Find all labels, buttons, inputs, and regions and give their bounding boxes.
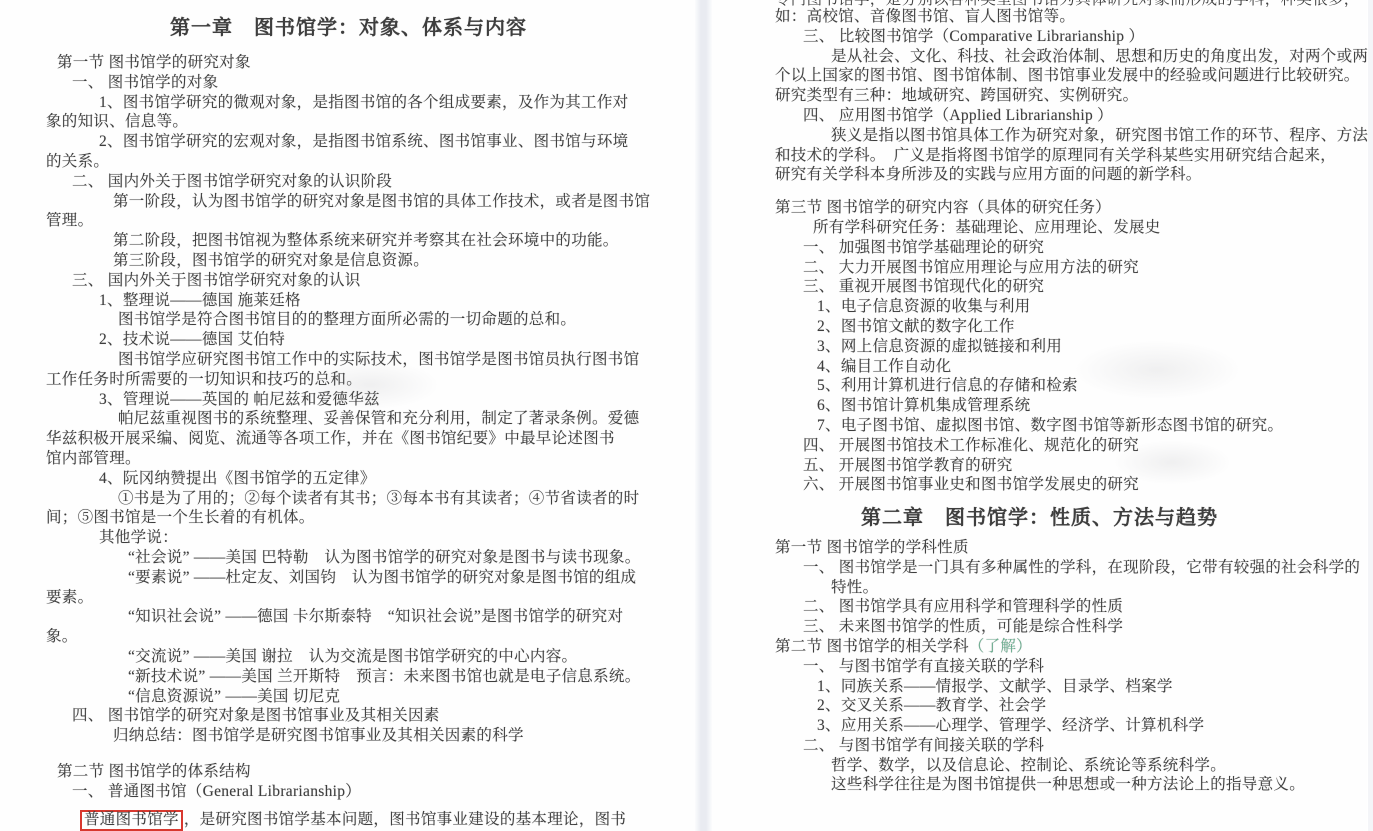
text-segment: 归纳总结：图书馆学是研究图书馆事业及其相关因素的科学 bbox=[113, 727, 524, 744]
text-segment: 二、 与图书馆学有间接关联的学科 bbox=[803, 737, 1044, 754]
clipped-top-line: 专门图书馆学，是分别以各种类型图书馆为具体研究对象而形成的学科，种类很多， bbox=[712, 0, 1367, 7]
red-box-highlighted-term: 普通图书馆学 bbox=[80, 810, 183, 831]
section-heading: 第一节 图书馆学的学科性质 bbox=[712, 538, 1367, 558]
text-segment: 馆内部管理。 bbox=[46, 450, 141, 467]
text-line: 第三阶段，图书馆学的研究对象是信息资源。 bbox=[0, 251, 697, 271]
text-line: 2、图书馆学研究的宏观对象，是指图书馆系统、图书馆事业、图书馆与环境 bbox=[0, 132, 697, 152]
text-segment: “知识社会说” ——德国 卡尔斯泰特 “知识社会说”是图书馆学的研究对 bbox=[128, 608, 623, 625]
text-line: 一、 普通图书馆（General Librarianship） bbox=[0, 782, 697, 802]
text-line: 象。 bbox=[0, 627, 697, 647]
text-line: 4、编目工作自动化 bbox=[712, 357, 1367, 377]
text-line: 1、图书馆学研究的微观对象，是指图书馆的各个组成要素，及作为其工作对 bbox=[0, 93, 697, 113]
section-heading: 第二节 图书馆学的体系结构 bbox=[0, 762, 697, 782]
text-line: 2、技术说——德国 艾伯特 bbox=[0, 330, 697, 350]
text-segment: 图书馆学是符合图书馆目的的整理方面所必需的一切命题的总和。 bbox=[118, 311, 576, 328]
text-line: 这些科学往往是为图书馆提供一种思想或一种方法论上的指导意义。 bbox=[712, 775, 1367, 795]
chapter-heading: 第二章 图书馆学：性质、方法与趋势 bbox=[712, 495, 1367, 538]
scanned-document-spread: { "document": { "colors": { "text": "#3e… bbox=[0, 0, 1373, 831]
text-segment: 的关系。 bbox=[46, 153, 109, 170]
text-segment: 一、 与图书馆学有直接关联的学科 bbox=[803, 658, 1044, 675]
text-line: 和技术的学科。 广义是指将图书馆学的原理同有关学科某些实用研究结合起来， bbox=[712, 146, 1367, 166]
page-left-body: 第一节 图书馆学的研究对象一、 图书馆学的对象1、图书馆学研究的微观对象，是指图… bbox=[0, 53, 697, 830]
text-line: 三、 国内外关于图书馆学研究对象的认识 bbox=[0, 271, 697, 291]
text-line: ①书是为了用的；②每个读者有其书；③每本书有其读者；④节省读者的时 bbox=[0, 489, 697, 509]
text-line: 1、同族关系——情报学、文献学、目录学、档案学 bbox=[712, 677, 1367, 697]
text-segment: 四、 开展图书馆技术工作标准化、规范化的研究 bbox=[803, 437, 1139, 454]
text-segment: 3、管理说——英国的 帕尼兹和爱德华兹 bbox=[99, 391, 380, 408]
page-right: 专门图书馆学，是分别以各种类型图书馆为具体研究对象而形成的学科，种类很多， 如：… bbox=[712, 0, 1367, 831]
text-segment: 第二章 图书馆学：性质、方法与趋势 bbox=[861, 507, 1218, 529]
text-segment: 3、网上信息资源的虚拟链接和利用 bbox=[817, 338, 1062, 355]
text-line: 3、应用关系——心理学、管理学、经济学、计算机科学 bbox=[712, 716, 1367, 736]
text-line: 图书馆学是符合图书馆目的的整理方面所必需的一切命题的总和。 bbox=[0, 310, 697, 330]
text-segment: 3、应用关系——心理学、管理学、经济学、计算机科学 bbox=[817, 717, 1204, 734]
text-segment: 三、 比较图书馆学（Comparative Librarianship ） bbox=[803, 28, 1144, 45]
text-line: 其他学说： bbox=[0, 528, 697, 548]
text-segment: 三、 未来图书馆学的性质，可能是综合性科学 bbox=[803, 618, 1123, 635]
text-line: 华兹积极开展采编、阅览、流通等各项工作，并在《图书馆纪要》中最早论述图书 bbox=[0, 429, 697, 449]
text-segment: “新技术说” ——美国 兰开斯特 预言：未来图书馆也就是电子信息系统。 bbox=[128, 668, 641, 685]
text-line: 2、交叉关系——教育学、社会学 bbox=[712, 696, 1367, 716]
text-segment: 哲学、数学，以及信息论、控制论、系统论等系统科学。 bbox=[831, 757, 1226, 774]
text-line: “知识社会说” ——德国 卡尔斯泰特 “知识社会说”是图书馆学的研究对 bbox=[0, 607, 697, 627]
text-segment: 和技术的学科。 广义是指将图书馆学的原理同有关学科某些实用研究结合起来， bbox=[775, 147, 1336, 164]
text-segment: 管理。 bbox=[46, 212, 93, 229]
page-gutter-divider bbox=[695, 0, 712, 831]
text-line: 个以上国家的图书馆、图书馆体制、图书馆事业发展中的经验或问题进行比较研究。 bbox=[712, 66, 1367, 86]
text-segment: 第三阶段，图书馆学的研究对象是信息资源。 bbox=[113, 252, 429, 269]
text-line: 二、 大力开展图书馆应用理论与应用方法的研究 bbox=[712, 258, 1367, 278]
text-line: 7、电子图书馆、虚拟图书馆、数字图书馆等新形态图书馆的研究。 bbox=[712, 416, 1367, 436]
text-line: 一、 加强图书馆学基础理论的研究 bbox=[712, 238, 1367, 258]
chapter-1-title: 第一章 图书馆学：对象、体系与内容 bbox=[0, 0, 697, 53]
text-segment: 一、 加强图书馆学基础理论的研究 bbox=[803, 239, 1044, 256]
text-segment: 2、技术说——德国 艾伯特 bbox=[99, 331, 285, 348]
text-line: 研究有关学科本身所涉及的实践与应用方面的问题的新学科。 bbox=[712, 165, 1367, 185]
text-line: 4、阮冈纳赞提出《图书馆学的五定律》 bbox=[0, 469, 697, 489]
text-segment: 二、 图书馆学具有应用科学和管理科学的性质 bbox=[803, 598, 1123, 615]
text-segment: 特性。 bbox=[831, 579, 878, 596]
text-line: “新技术说” ——美国 兰开斯特 预言：未来图书馆也就是电子信息系统。 bbox=[0, 667, 697, 687]
text-segment: 狭义是指以图书馆具体工作为研究对象，研究图书馆工作的环节、程序、方法 bbox=[831, 127, 1368, 144]
text-line: 1、电子信息资源的收集与利用 bbox=[712, 297, 1367, 317]
text-segment: 五、 开展图书馆学教育的研究 bbox=[803, 457, 1013, 474]
text-line: “信息资源说” ——美国 切尼克 bbox=[0, 687, 697, 707]
text-line: 三、 未来图书馆学的性质，可能是综合性科学 bbox=[712, 617, 1367, 637]
text-segment: 2、交叉关系——教育学、社会学 bbox=[817, 697, 1046, 714]
text-line: 六、 开展图书馆事业史和图书馆学发展史的研究 bbox=[712, 475, 1367, 495]
text-segment: 2、图书馆文献的数字化工作 bbox=[817, 318, 1015, 335]
text-segment: 4、阮冈纳赞提出《图书馆学的五定律》 bbox=[99, 470, 376, 487]
text-line: 1、整理说——德国 施莱廷格 bbox=[0, 291, 697, 311]
text-line: 帕尼兹重视图书的系统整理、妥善保管和充分利用，制定了著录条例。爱德 bbox=[0, 409, 697, 429]
text-line: 研究类型有三种：地域研究、跨国研究、实例研究。 bbox=[712, 86, 1367, 106]
text-segment: 间；⑤图书馆是一个生长着的有机体。 bbox=[46, 509, 315, 526]
text-segment: “交流说” ——美国 谢拉 认为交流是图书馆学研究的中心内容。 bbox=[128, 648, 577, 665]
text-line: 间；⑤图书馆是一个生长着的有机体。 bbox=[0, 508, 697, 528]
text-line: 普通图书馆学，是研究图书馆学基本问题，图书馆事业建设的基本理论，图书 bbox=[0, 810, 697, 830]
section-heading: 第二节 图书馆学的相关学科（了解） bbox=[712, 637, 1367, 657]
text-line: 三、 比较图书馆学（Comparative Librarianship ） bbox=[712, 27, 1367, 47]
section-heading: 第一节 图书馆学的研究对象 bbox=[0, 53, 697, 73]
text-segment: 象。 bbox=[46, 628, 78, 645]
text-segment: ①书是为了用的；②每个读者有其书；③每本书有其读者；④节省读者的时 bbox=[118, 490, 639, 507]
text-line: 是从社会、文化、科技、社会政治体制、思想和历史的角度出发，对两个或两 bbox=[712, 47, 1367, 67]
text-line: “要素说” ——杜定友、刘国钧 认为图书馆学的研究对象是图书馆的组成 bbox=[0, 568, 697, 588]
text-line: 第二阶段，把图书馆视为整体系统来研究并考察其在社会环境中的功能。 bbox=[0, 231, 697, 251]
page-left: 第一章 图书馆学：对象、体系与内容 第一节 图书馆学的研究对象一、 图书馆学的对… bbox=[0, 0, 697, 831]
text-segment: 二、 大力开展图书馆应用理论与应用方法的研究 bbox=[803, 259, 1139, 276]
text-line: 管理。 bbox=[0, 211, 697, 231]
text-segment: 华兹积极开展采编、阅览、流通等各项工作，并在《图书馆纪要》中最早论述图书 bbox=[46, 430, 615, 447]
page-right-body: 如：高校馆、音像图书馆、盲人图书馆等。三、 比较图书馆学（Comparative… bbox=[712, 7, 1367, 795]
text-line: 第一阶段，认为图书馆学的研究对象是图书馆的具体工作技术，或者是图书馆 bbox=[0, 192, 697, 212]
text-line: 如：高校馆、音像图书馆、盲人图书馆等。 bbox=[712, 7, 1367, 27]
text-line: 3、网上信息资源的虚拟链接和利用 bbox=[712, 337, 1367, 357]
text-segment: 第二节 图书馆学的相关学科 bbox=[775, 638, 969, 655]
text-segment: 5、利用计算机进行信息的存储和检索 bbox=[817, 377, 1078, 394]
text-segment: 第一节 图书馆学的学科性质 bbox=[775, 539, 969, 556]
text-line: 象的知识、信息等。 bbox=[0, 112, 697, 132]
text-segment: 四、 图书馆学的研究对象是图书馆事业及其相关因素 bbox=[72, 707, 440, 724]
text-segment: 四、 应用图书馆学（Applied Librarianship ） bbox=[803, 107, 1113, 124]
text-line: 要素。 bbox=[0, 588, 697, 608]
text-segment: 是从社会、文化、科技、社会政治体制、思想和历史的角度出发，对两个或两 bbox=[831, 48, 1368, 65]
text-line: 3、管理说——英国的 帕尼兹和爱德华兹 bbox=[0, 390, 697, 410]
text-line: 二、 国内外关于图书馆学研究对象的认识阶段 bbox=[0, 172, 697, 192]
text-line: “交流说” ——美国 谢拉 认为交流是图书馆学研究的中心内容。 bbox=[0, 647, 697, 667]
text-segment: 帕尼兹重视图书的系统整理、妥善保管和充分利用，制定了著录条例。爱德 bbox=[118, 410, 639, 427]
text-segment: 第二阶段，把图书馆视为整体系统来研究并考察其在社会环境中的功能。 bbox=[113, 232, 619, 249]
text-segment: 第二节 图书馆学的体系结构 bbox=[57, 763, 251, 780]
text-segment: 一、 图书馆学是一门具有多种属性的学科，在现阶段，它带有较强的社会科学的 bbox=[803, 559, 1360, 576]
text-segment: “信息资源说” ——美国 切尼克 bbox=[128, 688, 340, 705]
text-segment: 第三节 图书馆学的研究内容（具体的研究任务） bbox=[775, 199, 1111, 216]
text-segment: 如：高校馆、音像图书馆、盲人图书馆等。 bbox=[775, 8, 1075, 25]
text-segment: 六、 开展图书馆事业史和图书馆学发展史的研究 bbox=[803, 476, 1139, 493]
text-segment: 6、图书馆计算机集成管理系统 bbox=[817, 397, 1030, 414]
text-segment: ，是研究图书馆学基本问题，图书馆事业建设的基本理论，图书 bbox=[184, 811, 626, 828]
text-segment: 研究有关学科本身所涉及的实践与应用方面的问题的新学科。 bbox=[775, 166, 1202, 183]
text-line: 的关系。 bbox=[0, 152, 697, 172]
text-line: 四、 应用图书馆学（Applied Librarianship ） bbox=[712, 106, 1367, 126]
text-line: 馆内部管理。 bbox=[0, 449, 697, 469]
green-annotation: （了解） bbox=[969, 638, 1032, 655]
text-segment: 1、电子信息资源的收集与利用 bbox=[817, 298, 1030, 315]
screenshot-right-edge bbox=[1368, 0, 1373, 831]
text-line: 五、 开展图书馆学教育的研究 bbox=[712, 456, 1367, 476]
text-segment: 1、图书馆学研究的微观对象，是指图书馆的各个组成要素，及作为其工作对 bbox=[99, 94, 628, 111]
text-line: 三、 重视开展图书馆现代化的研究 bbox=[712, 277, 1367, 297]
text-segment: 研究类型有三种：地域研究、跨国研究、实例研究。 bbox=[775, 87, 1138, 104]
text-line: 6、图书馆计算机集成管理系统 bbox=[712, 396, 1367, 416]
section-heading: 第三节 图书馆学的研究内容（具体的研究任务） bbox=[712, 198, 1367, 218]
text-segment: 这些科学往往是为图书馆提供一种思想或一种方法论上的指导意义。 bbox=[831, 776, 1305, 793]
text-line: 5、利用计算机进行信息的存储和检索 bbox=[712, 376, 1367, 396]
text-segment: 要素。 bbox=[46, 589, 93, 606]
text-line: 2、图书馆文献的数字化工作 bbox=[712, 317, 1367, 337]
text-segment: 第一阶段，认为图书馆学的研究对象是图书馆的具体工作技术，或者是图书馆 bbox=[113, 193, 650, 210]
text-line: 所有学科研究任务：基础理论、应用理论、发展史 bbox=[712, 218, 1367, 238]
text-line: “社会说” ——美国 巴特勒 认为图书馆学的研究对象是图书与读书现象。 bbox=[0, 548, 697, 568]
text-segment: 所有学科研究任务：基础理论、应用理论、发展史 bbox=[813, 219, 1161, 236]
text-segment: “要素说” ——杜定友、刘国钧 认为图书馆学的研究对象是图书馆的组成 bbox=[128, 569, 636, 586]
text-line: 二、 与图书馆学有间接关联的学科 bbox=[712, 736, 1367, 756]
text-segment: 1、整理说——德国 施莱廷格 bbox=[99, 292, 301, 309]
text-line: 四、 图书馆学的研究对象是图书馆事业及其相关因素 bbox=[0, 706, 697, 726]
text-segment: 象的知识、信息等。 bbox=[46, 113, 188, 130]
text-segment: 7、电子图书馆、虚拟图书馆、数字图书馆等新形态图书馆的研究。 bbox=[817, 417, 1283, 434]
text-segment: 4、编目工作自动化 bbox=[817, 358, 951, 375]
text-segment: 第一节 图书馆学的研究对象 bbox=[57, 54, 251, 71]
text-segment: 2、图书馆学研究的宏观对象，是指图书馆系统、图书馆事业、图书馆与环境 bbox=[99, 133, 628, 150]
text-line: 工作任务时所需要的一切知识和技巧的总和。 bbox=[0, 370, 697, 390]
text-segment: “社会说” ——美国 巴特勒 认为图书馆学的研究对象是图书与读书现象。 bbox=[128, 549, 641, 566]
text-line: 狭义是指以图书馆具体工作为研究对象，研究图书馆工作的环节、程序、方法 bbox=[712, 126, 1367, 146]
text-segment: 1、同族关系——情报学、文献学、目录学、档案学 bbox=[817, 678, 1173, 695]
text-line: 一、 与图书馆学有直接关联的学科 bbox=[712, 657, 1367, 677]
text-line: 一、 图书馆学是一门具有多种属性的学科，在现阶段，它带有较强的社会科学的 bbox=[712, 558, 1367, 578]
text-line: 归纳总结：图书馆学是研究图书馆事业及其相关因素的科学 bbox=[0, 726, 697, 746]
text-segment: 二、 国内外关于图书馆学研究对象的认识阶段 bbox=[72, 173, 392, 190]
text-line: 二、 图书馆学具有应用科学和管理科学的性质 bbox=[712, 597, 1367, 617]
text-segment: 个以上国家的图书馆、图书馆体制、图书馆事业发展中的经验或问题进行比较研究。 bbox=[775, 67, 1360, 84]
text-segment: 一、 图书馆学的对象 bbox=[72, 74, 218, 91]
text-line: 图书馆学应研究图书馆工作中的实际技术，图书馆学是图书馆员执行图书馆 bbox=[0, 350, 697, 370]
text-segment: 三、 重视开展图书馆现代化的研究 bbox=[803, 278, 1044, 295]
text-segment: 三、 国内外关于图书馆学研究对象的认识 bbox=[72, 272, 361, 289]
text-line: 哲学、数学，以及信息论、控制论、系统论等系统科学。 bbox=[712, 756, 1367, 776]
text-segment: 图书馆学应研究图书馆工作中的实际技术，图书馆学是图书馆员执行图书馆 bbox=[118, 351, 639, 368]
text-line: 特性。 bbox=[712, 578, 1367, 598]
text-segment: 其他学说： bbox=[99, 529, 178, 546]
text-line: 一、 图书馆学的对象 bbox=[0, 73, 697, 93]
text-segment: 工作任务时所需要的一切知识和技巧的总和。 bbox=[46, 371, 362, 388]
text-line: 四、 开展图书馆技术工作标准化、规范化的研究 bbox=[712, 436, 1367, 456]
text-segment: 一、 普通图书馆（General Librarianship） bbox=[72, 783, 361, 800]
